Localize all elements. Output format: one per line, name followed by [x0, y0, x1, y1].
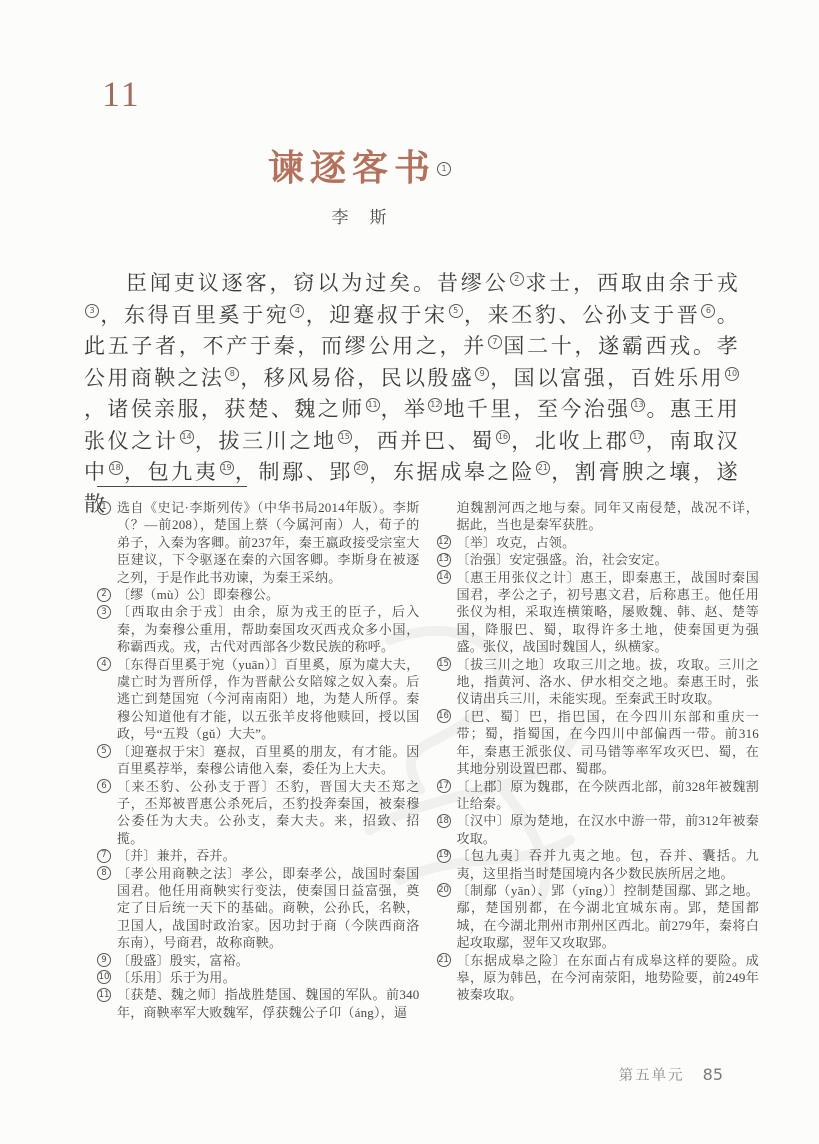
footnote-number-icon: 13	[437, 553, 451, 567]
main-text-run: ，诸侯亲服，获楚、魏之师	[84, 397, 365, 421]
page-footer: 第五单元 85	[0, 1064, 723, 1085]
footnote-text: 〔巴、蜀〕巴，指巴国，在今四川东部和重庆一带；蜀，指蜀国，在今四川中部偏西一带。…	[457, 708, 760, 778]
main-text-run: ，制鄢、郢	[235, 460, 354, 484]
footnote-ref-icon: 20	[354, 461, 368, 475]
unit-label: 第五单元	[619, 1064, 685, 1085]
footnote-text: 〔缪（mù）公〕即秦穆公。	[117, 586, 420, 603]
lesson-number: 11	[102, 76, 141, 112]
footnote-item: 5〔迎蹇叔于宋〕蹇叔，百里奚的朋友，有才能。因百里奚荐举，秦穆公请他入秦，委任为…	[97, 743, 420, 778]
footnote-number-icon: 9	[97, 953, 111, 967]
footnote-number-icon: 1	[97, 501, 111, 515]
textbook-page: 11 谏逐客书1 李 斯 臣闻吏议逐客，窃以为过矣。昔缪公2求士，西取由余于戎3…	[0, 0, 819, 1144]
footnote-number-icon: 20	[437, 883, 451, 897]
footnote-text: 〔来丕豹、公孙支于晋〕丕豹，晋国大夫丕郑之子，丕郑被晋惠公杀死后，丕豹投奔秦国，…	[117, 778, 420, 848]
footnote-continuation: 迫魏割河西之地与秦。同年又南侵楚，战况不详，据此，当也是秦军获胜。	[437, 499, 760, 534]
footnote-ref-icon: 13	[631, 398, 645, 412]
footnote-ref-icon: 4	[290, 304, 304, 318]
footnote-number-icon: 6	[97, 779, 111, 793]
footnote-text: 〔拔三川之地〕攻取三川之地。拔，攻取。三川之地，指黄河、洛水、伊水相交之地。秦惠…	[457, 656, 760, 708]
main-text-run: 地千里，至今治强	[443, 397, 630, 421]
footnote-number-icon: 19	[437, 849, 451, 863]
footnote-item: 6〔来丕豹、公孙支于晋〕丕豹，晋国大夫丕郑之子，丕郑被晋惠公杀死后，丕豹投奔秦国…	[97, 778, 420, 848]
main-text-run: 臣闻吏议逐客，窃以为过矣。昔缪公	[126, 271, 509, 295]
footnote-divider	[97, 486, 247, 487]
footnote-number-icon: 18	[437, 814, 451, 828]
main-text-run: ，东得百里奚于宛	[100, 303, 289, 327]
main-text: 臣闻吏议逐客，窃以为过矣。昔缪公2求士，西取由余于戎3，东得百里奚于宛4，迎蹇叔…	[84, 268, 740, 520]
main-text-run: ，迎蹇叔于宋	[305, 303, 447, 327]
footnote-number-icon: 16	[437, 709, 451, 723]
footnote-text: 〔殷盛〕殷实，富裕。	[117, 952, 420, 969]
main-text-run: 求士，西取由余于戎	[525, 271, 740, 295]
title-block: 谏逐客书1	[0, 140, 720, 191]
footnote-ref-icon: 14	[180, 430, 194, 444]
footnote-item: 10〔乐用〕乐于为用。	[97, 969, 420, 986]
footnote-text: 〔制鄢（yān）、郢（yǐng）〕控制楚国鄢、郢之地。鄢，楚国别都，在今湖北宜城…	[457, 882, 760, 952]
footnote-ref-icon: 9	[475, 367, 489, 381]
main-text-run: ，举	[381, 397, 428, 421]
footnote-ref-icon: 7	[488, 335, 502, 349]
footnote-ref-icon: 2	[510, 272, 524, 286]
footnote-item: 19〔包九夷〕吞并九夷之地。包，吞并、囊括。九夷，这里指当时楚国境内各少数民族所…	[437, 847, 760, 882]
footnote-item: 21〔东据成皋之险〕在东面占有成皋这样的要险。成皋，原为韩邑，在今河南荥阳，地势…	[437, 952, 760, 1004]
footnote-ref-icon: 18	[109, 461, 123, 475]
footnotes-right-column: 迫魏割河西之地与秦。同年又南侵楚，战况不详，据此，当也是秦军获胜。12〔举〕攻克…	[437, 499, 760, 1021]
footnote-text: 选自《史记·李斯列传》（中华书局2014年版）。李斯（？—前208），楚国上蔡（…	[117, 499, 420, 586]
footnote-item: 4〔东得百里奚于宛（yuān）〕百里奚，原为虞大夫，虞亡时为晋所俘，作为晋献公女…	[97, 656, 420, 743]
footnote-item: 15〔拔三川之地〕攻取三川之地。拔，攻取。三川之地，指黄河、洛水、伊水相交之地。…	[437, 656, 760, 708]
footnote-text: 〔东据成皋之险〕在东面占有成皋这样的要险。成皋，原为韩邑，在今河南荥阳，地势险要…	[457, 952, 760, 1004]
footnote-text: 〔治强〕安定强盛。治，社会安定。	[457, 551, 760, 568]
footnote-number-icon: 4	[97, 657, 111, 671]
footnote-number-icon: 8	[97, 866, 111, 880]
footnote-text: 〔东得百里奚于宛（yuān）〕百里奚，原为虞大夫，虞亡时为晋所俘，作为晋献公女陪…	[117, 656, 420, 743]
footnote-number-icon: 5	[97, 744, 111, 758]
author-name: 李 斯	[0, 203, 720, 228]
main-text-run: ，来丕豹、公孙支于晋	[464, 303, 701, 327]
footnote-item: 11〔获楚、魏之师〕指战胜楚国、魏国的军队。前340年，商鞅率军大败魏军，俘获魏…	[97, 986, 420, 1021]
footnote-item: 3〔西取由余于戎〕由余，原为戎王的臣子，后入秦，为秦穆公重用，帮助秦国攻灭西戎众…	[97, 603, 420, 655]
footnote-item: 16〔巴、蜀〕巴，指巴国，在今四川东部和重庆一带；蜀，指蜀国，在今四川中部偏西一…	[437, 708, 760, 778]
footnote-number-icon: 17	[437, 779, 451, 793]
footnote-number-icon: 12	[437, 535, 451, 549]
main-text-run: ，国以富强，百姓乐用	[490, 366, 724, 390]
footnote-text: 〔举〕攻克，占领。	[457, 534, 760, 551]
footnote-text: 〔孝公用商鞅之法〕孝公，即秦孝公，战国时秦国国君。他任用商鞅实行变法，使秦国日益…	[117, 865, 420, 952]
footnote-ref-icon: 19	[220, 461, 234, 475]
footnote-item: 20〔制鄢（yān）、郢（yǐng）〕控制楚国鄢、郢之地。鄢，楚国别都，在今湖北…	[437, 882, 760, 952]
footnote-ref-icon: 8	[225, 367, 239, 381]
footnote-ref-icon: 3	[85, 304, 99, 318]
footnote-number-icon: 7	[97, 849, 111, 863]
main-text-run: ，北收上郡	[511, 429, 630, 453]
footnote-number-icon: 2	[97, 588, 111, 602]
footnotes-section: 1选自《史记·李斯列传》（中华书局2014年版）。李斯（？—前208），楚国上蔡…	[97, 499, 759, 1021]
footnote-text: 〔乐用〕乐于为用。	[117, 969, 420, 986]
footnote-text: 迫魏割河西之地与秦。同年又南侵楚，战况不详，据此，当也是秦军获胜。	[457, 499, 760, 534]
footnote-number-icon: 3	[97, 605, 111, 619]
main-text-run: ，包九夷	[124, 460, 219, 484]
main-text-run: ，东据成皋之险	[369, 460, 535, 484]
footnote-item: 8〔孝公用商鞅之法〕孝公，即秦孝公，战国时秦国国君。他任用商鞅实行变法，使秦国日…	[97, 865, 420, 952]
footnote-number-icon: 10	[97, 970, 111, 984]
footnote-ref-icon: 11	[366, 398, 380, 412]
footnote-ref-icon: 12	[428, 398, 442, 412]
footnote-item: 17〔上郡〕原为魏郡，在今陕西北部，前328年被魏割让给秦。	[437, 778, 760, 813]
footnote-text: 〔迎蹇叔于宋〕蹇叔，百里奚的朋友，有才能。因百里奚荐举，秦穆公请他入秦，委任为上…	[117, 743, 420, 778]
footnote-text: 〔获楚、魏之师〕指战胜楚国、魏国的军队。前340年，商鞅率军大败魏军，俘获魏公子…	[117, 986, 420, 1021]
footnote-ref-icon: 10	[725, 367, 739, 381]
footnote-item: 1选自《史记·李斯列传》（中华书局2014年版）。李斯（？—前208），楚国上蔡…	[97, 499, 420, 586]
footnote-text: 〔并〕兼并，吞并。	[117, 847, 420, 864]
footnote-text: 〔汉中〕原为楚地，在汉水中游一带，前312年被秦攻取。	[457, 812, 760, 847]
footnote-text: 〔包九夷〕吞并九夷之地。包，吞并、囊括。九夷，这里指当时楚国境内各少数民族所居之…	[457, 847, 760, 882]
footnote-ref-icon: 15	[338, 430, 352, 444]
footnote-item: 18〔汉中〕原为楚地，在汉水中游一带，前312年被秦攻取。	[437, 812, 760, 847]
footnote-item: 2〔缪（mù）公〕即秦穆公。	[97, 586, 420, 603]
footnote-ref-icon: 16	[496, 430, 510, 444]
main-text-run: ，移风易俗，民以殷盛	[240, 366, 474, 390]
page-title: 谏逐客书	[268, 148, 436, 188]
footnote-number-icon: 11	[97, 988, 111, 1002]
footnote-item: 9〔殷盛〕殷实，富裕。	[97, 952, 420, 969]
footnote-text: 〔惠王用张仪之计〕惠王，即秦惠王，战国时秦国国君，孝公之子，初号惠文君，后称惠王…	[457, 569, 760, 656]
footnote-item: 7〔并〕兼并，吞并。	[97, 847, 420, 864]
page-number: 85	[703, 1065, 723, 1084]
title-footnote-ref-icon: 1	[437, 162, 451, 176]
footnote-ref-icon: 21	[536, 461, 550, 475]
footnotes-left-column: 1选自《史记·李斯列传》（中华书局2014年版）。李斯（？—前208），楚国上蔡…	[97, 499, 420, 1021]
footnote-ref-icon: 17	[630, 430, 644, 444]
footnote-text: 〔上郡〕原为魏郡，在今陕西北部，前328年被魏割让给秦。	[457, 778, 760, 813]
main-text-run: ，拔三川之地	[195, 429, 337, 453]
footnote-ref-icon: 6	[701, 304, 715, 318]
main-text-run: ，西并巴、蜀	[353, 429, 495, 453]
footnote-item: 14〔惠王用张仪之计〕惠王，即秦惠王，战国时秦国国君，孝公之子，初号惠文君，后称…	[437, 569, 760, 656]
footnote-item: 12〔举〕攻克，占领。	[437, 534, 760, 551]
footnote-ref-icon: 5	[449, 304, 463, 318]
footnote-number-icon: 15	[437, 657, 451, 671]
footnote-number-icon: 14	[437, 570, 451, 584]
footnote-item: 13〔治强〕安定强盛。治，社会安定。	[437, 551, 760, 568]
footnote-text: 〔西取由余于戎〕由余，原为戎王的臣子，后入秦，为秦穆公重用，帮助秦国攻灭西戎众多…	[117, 603, 420, 655]
footnote-number-icon: 21	[437, 953, 451, 967]
